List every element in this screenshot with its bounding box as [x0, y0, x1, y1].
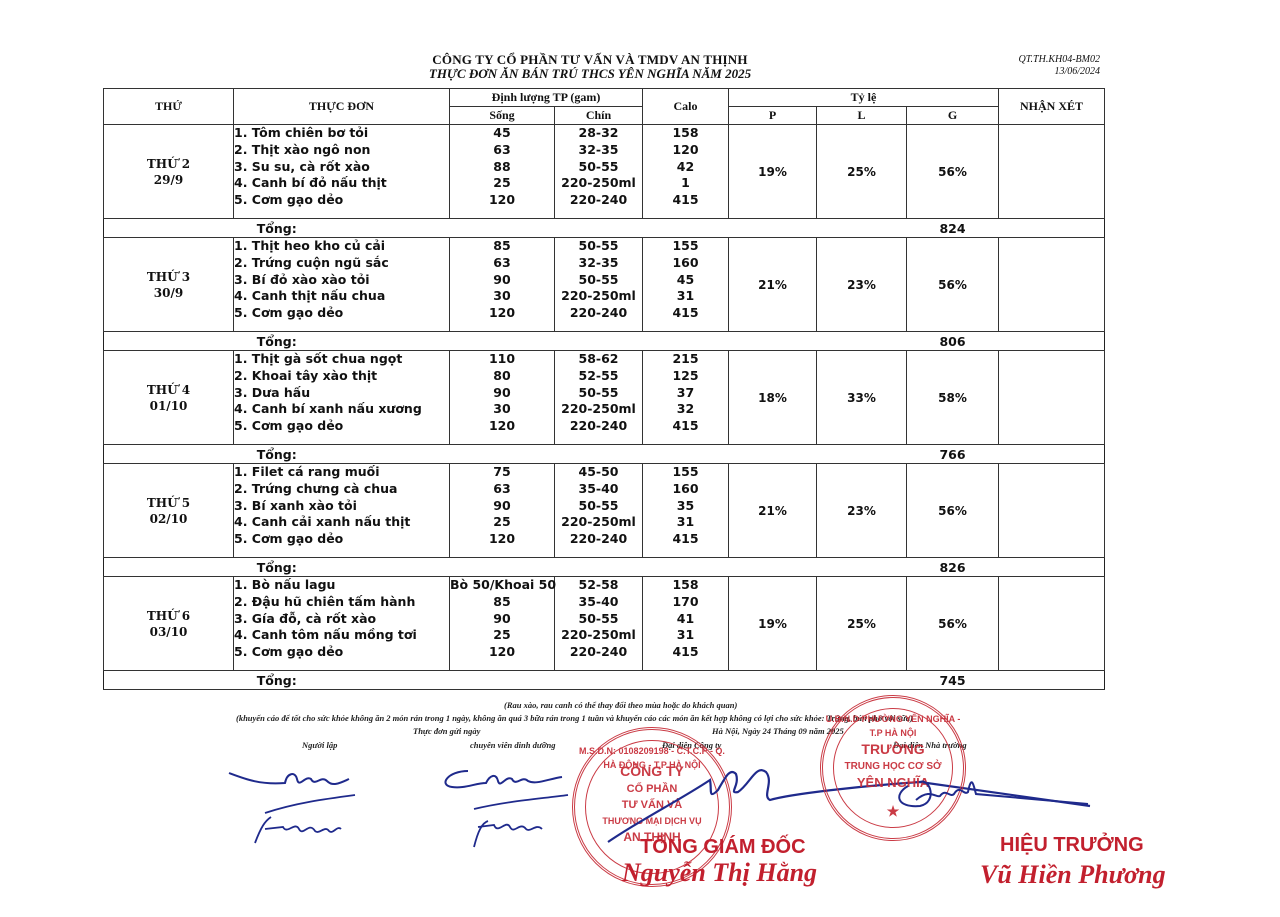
ratio-l-cell: 23%: [817, 238, 907, 332]
dishes-item: 2. Đậu hũ chiên tấm hành: [234, 594, 449, 611]
raw-item: 63: [450, 255, 554, 272]
day-name: THỨ 2: [104, 156, 233, 172]
header-quantity: Định lượng TP (gam): [450, 89, 643, 107]
preparer-label: Người lập: [302, 740, 337, 750]
document-title: THỰC ĐƠN ĂN BÁN TRÚ THCS YÊN NGHĨA NĂM 2…: [0, 66, 1140, 82]
raw-item: 63: [450, 481, 554, 498]
ratio-g-cell: 56%: [907, 125, 999, 219]
calo-item: 41: [643, 611, 728, 628]
calo-cell: 1551603531415: [643, 464, 729, 558]
calo-item: 155: [643, 238, 728, 255]
cooked-cell: 52-5835-4050-55220-250ml220-240: [555, 577, 643, 671]
calo-item: 35: [643, 498, 728, 515]
day-cell: THỨ 401/10: [104, 351, 234, 445]
total-row: Tổng:806: [104, 332, 1105, 351]
raw-item: 90: [450, 611, 554, 628]
raw-cell: 45638825120: [450, 125, 555, 219]
comment-cell: [999, 577, 1105, 671]
total-spacer: [999, 671, 1105, 690]
school-stamp-ring-text: U.B.N.D PHƯỜNG YÊN NGHĨA - T.P HÀ NỘI: [823, 712, 963, 740]
cooked-cell: 50-5532-3550-55220-250ml220-240: [555, 238, 643, 332]
total-spacer: [450, 445, 907, 464]
calo-item: 42: [643, 159, 728, 176]
day-date: 30/9: [104, 285, 233, 301]
calo-item: 415: [643, 192, 728, 209]
dishes-item: 3. Bí xanh xào tỏi: [234, 498, 449, 515]
total-label: Tổng:: [104, 219, 450, 238]
calo-item: 31: [643, 288, 728, 305]
header-calo: Calo: [643, 89, 729, 125]
total-spacer: [450, 332, 907, 351]
document-code-date: 13/06/2024: [1010, 66, 1100, 78]
dishes-item: 4. Canh bí xanh nấu xương: [234, 401, 449, 418]
menu-table-body: THỨ 229/91. Tôm chiên bơ tỏi2. Thịt xào …: [104, 125, 1105, 690]
cooked-item: 220-240: [555, 305, 642, 322]
ratio-p-cell: 21%: [729, 238, 817, 332]
day-name: THỨ 6: [104, 608, 233, 624]
ratio-p-cell: 19%: [729, 577, 817, 671]
dishes-item: 1. Thịt gà sốt chua ngọt: [234, 351, 449, 368]
note-seasonal: (Rau xào, rau canh có thể thay đổi theo …: [504, 700, 737, 710]
header-ratio: Tỷ lệ: [729, 89, 999, 107]
dishes-cell: 1. Thịt heo kho củ cải2. Trứng cuộn ngũ …: [234, 238, 450, 332]
total-spacer: [999, 332, 1105, 351]
dishes-item: 1. Filet cá rang muối: [234, 464, 449, 481]
dishes-item: 4. Canh thịt nấu chua: [234, 288, 449, 305]
cooked-item: 50-55: [555, 159, 642, 176]
day-date: 29/9: [104, 172, 233, 188]
raw-item: 45: [450, 125, 554, 142]
raw-item: 80: [450, 368, 554, 385]
dishes-item: 4. Canh cải xanh nấu thịt: [234, 514, 449, 531]
cooked-item: 58-62: [555, 351, 642, 368]
cooked-item: 50-55: [555, 272, 642, 289]
total-row: Tổng:745: [104, 671, 1105, 690]
header-raw: Sống: [450, 107, 555, 125]
dishes-item: 2. Trứng chưng cà chua: [234, 481, 449, 498]
day-date: 02/10: [104, 511, 233, 527]
calo-item: 170: [643, 594, 728, 611]
cooked-item: 220-240: [555, 192, 642, 209]
dishes-item: 5. Cơm gạo dẻo: [234, 644, 449, 661]
dishes-cell: 1. Filet cá rang muối2. Trứng chưng cà c…: [234, 464, 450, 558]
raw-item: 30: [450, 401, 554, 418]
dishes-cell: 1. Tôm chiên bơ tỏi2. Thịt xào ngô non3.…: [234, 125, 450, 219]
day-date: 01/10: [104, 398, 233, 414]
day-cell: THỨ 229/9: [104, 125, 234, 219]
raw-item: 110: [450, 351, 554, 368]
cooked-item: 50-55: [555, 611, 642, 628]
principal-title: HIỆU TRƯỞNG: [1000, 834, 1144, 857]
calo-item: 1: [643, 175, 728, 192]
total-value: 766: [907, 445, 999, 464]
calo-item: 31: [643, 627, 728, 644]
day-cell: THỨ 603/10: [104, 577, 234, 671]
cooked-item: 220-250ml: [555, 627, 642, 644]
school-stamp-line: TRƯỜNG: [823, 742, 963, 756]
raw-item: 88: [450, 159, 554, 176]
header-p: P: [729, 107, 817, 125]
total-spacer: [450, 219, 907, 238]
cooked-item: 32-35: [555, 255, 642, 272]
total-label: Tổng:: [104, 445, 450, 464]
document-code-block: QT.TH.KH04-BM02 13/06/2024: [1010, 54, 1100, 78]
raw-item: 90: [450, 272, 554, 289]
raw-cell: 75639025120: [450, 464, 555, 558]
raw-cell: Bò 50/Khoai 50859025120: [450, 577, 555, 671]
dishes-item: 5. Cơm gạo dẻo: [234, 305, 449, 322]
cooked-cell: 45-5035-4050-55220-250ml220-240: [555, 464, 643, 558]
day-row: THỨ 229/91. Tôm chiên bơ tỏi2. Thịt xào …: [104, 125, 1105, 219]
ratio-p-cell: 19%: [729, 125, 817, 219]
total-label: Tổng:: [104, 558, 450, 577]
calo-item: 31: [643, 514, 728, 531]
header-l: L: [817, 107, 907, 125]
total-row: Tổng:826: [104, 558, 1105, 577]
dishes-item: 4. Canh tôm nấu mồng tơi: [234, 627, 449, 644]
cooked-item: 50-55: [555, 498, 642, 515]
raw-item: 63: [450, 142, 554, 159]
dishes-item: 2. Thịt xào ngô non: [234, 142, 449, 159]
total-value: 745: [907, 671, 999, 690]
raw-item: 120: [450, 644, 554, 661]
raw-item: 120: [450, 192, 554, 209]
cooked-item: 220-250ml: [555, 175, 642, 192]
raw-item: 30: [450, 288, 554, 305]
ratio-g-cell: 56%: [907, 577, 999, 671]
total-label: Tổng:: [104, 671, 450, 690]
cooked-item: 45-50: [555, 464, 642, 481]
total-spacer: [450, 558, 907, 577]
ratio-g-cell: 56%: [907, 464, 999, 558]
dishes-item: 3. Bí đỏ xào xào tỏi: [234, 272, 449, 289]
total-value: 826: [907, 558, 999, 577]
dishes-item: 3. Su su, cà rốt xào: [234, 159, 449, 176]
total-row: Tổng:766: [104, 445, 1105, 464]
calo-item: 155: [643, 464, 728, 481]
cooked-item: 52-55: [555, 368, 642, 385]
cooked-item: 50-55: [555, 238, 642, 255]
comment-cell: [999, 351, 1105, 445]
calo-cell: 158120421415: [643, 125, 729, 219]
day-row: THỨ 502/101. Filet cá rang muối2. Trứng …: [104, 464, 1105, 558]
comment-cell: [999, 125, 1105, 219]
raw-cell: 85639030120: [450, 238, 555, 332]
day-cell: THỨ 330/9: [104, 238, 234, 332]
total-row: Tổng:824: [104, 219, 1105, 238]
day-name: THỨ 4: [104, 382, 233, 398]
cooked-item: 220-250ml: [555, 514, 642, 531]
cooked-item: 220-240: [555, 531, 642, 548]
preparer-signature: [225, 765, 365, 850]
calo-item: 37: [643, 385, 728, 402]
ratio-p-cell: 21%: [729, 464, 817, 558]
ratio-p-cell: 18%: [729, 351, 817, 445]
comment-cell: [999, 464, 1105, 558]
dishes-item: 2. Trứng cuộn ngũ sắc: [234, 255, 449, 272]
raw-item: 90: [450, 385, 554, 402]
director-title: TỔNG GIÁM ĐỐC: [640, 836, 806, 859]
dishes-item: 5. Cơm gạo dẻo: [234, 531, 449, 548]
raw-item: 75: [450, 464, 554, 481]
calo-item: 415: [643, 418, 728, 435]
dishes-item: 1. Bò nấu lagu: [234, 577, 449, 594]
dishes-item: 1. Tôm chiên bơ tỏi: [234, 125, 449, 142]
sent-date-label: Thực đơn gửi ngày: [413, 726, 480, 736]
dishes-item: 5. Cơm gạo dẻo: [234, 418, 449, 435]
calo-item: 120: [643, 142, 728, 159]
header-cooked: Chín: [555, 107, 643, 125]
nutritionist-label: chuyên viên dinh dưỡng: [470, 740, 555, 750]
calo-item: 160: [643, 255, 728, 272]
calo-cell: 2151253732415: [643, 351, 729, 445]
cooked-item: 220-240: [555, 418, 642, 435]
day-cell: THỨ 502/10: [104, 464, 234, 558]
note-health-advice: (khuyến cáo để tốt cho sức khỏe không ăn…: [236, 713, 913, 723]
dishes-item: 1. Thịt heo kho củ cải: [234, 238, 449, 255]
calo-item: 158: [643, 125, 728, 142]
cooked-item: 35-40: [555, 481, 642, 498]
dishes-item: 4. Canh bí đỏ nấu thịt: [234, 175, 449, 192]
principal-signature: [890, 768, 1090, 818]
raw-item: 85: [450, 238, 554, 255]
raw-item: 120: [450, 418, 554, 435]
director-name: Nguyễn Thị Hằng: [622, 858, 817, 888]
document-code: QT.TH.KH04-BM02: [1010, 54, 1100, 66]
total-spacer: [999, 445, 1105, 464]
cooked-cell: 58-6252-5550-55220-250ml220-240: [555, 351, 643, 445]
calo-cell: 1551604531415: [643, 238, 729, 332]
calo-item: 32: [643, 401, 728, 418]
total-spacer: [450, 671, 907, 690]
cooked-item: 220-240: [555, 644, 642, 661]
dishes-item: 2. Khoai tây xào thịt: [234, 368, 449, 385]
day-row: THỨ 603/101. Bò nấu lagu2. Đậu hũ chiên …: [104, 577, 1105, 671]
total-label: Tổng:: [104, 332, 450, 351]
dishes-item: 5. Cơm gạo dẻo: [234, 192, 449, 209]
header-menu: THỰC ĐƠN: [234, 89, 450, 125]
cooked-item: 220-250ml: [555, 401, 642, 418]
raw-item: Bò 50/Khoai 50: [450, 577, 554, 594]
raw-item: 120: [450, 531, 554, 548]
calo-cell: 1581704131415: [643, 577, 729, 671]
day-row: THỨ 330/91. Thịt heo kho củ cải2. Trứng …: [104, 238, 1105, 332]
ratio-l-cell: 25%: [817, 577, 907, 671]
day-row: THỨ 401/101. Thịt gà sốt chua ngọt2. Kho…: [104, 351, 1105, 445]
calo-item: 215: [643, 351, 728, 368]
nutritionist-signature: [438, 765, 578, 850]
cooked-item: 35-40: [555, 594, 642, 611]
ratio-l-cell: 33%: [817, 351, 907, 445]
dishes-cell: 1. Bò nấu lagu2. Đậu hũ chiên tấm hành3.…: [234, 577, 450, 671]
calo-item: 160: [643, 481, 728, 498]
total-value: 824: [907, 219, 999, 238]
total-value: 806: [907, 332, 999, 351]
calo-item: 125: [643, 368, 728, 385]
calo-item: 415: [643, 305, 728, 322]
raw-item: 85: [450, 594, 554, 611]
dishes-item: 3. Gía đỗ, cà rốt xào: [234, 611, 449, 628]
total-spacer: [999, 558, 1105, 577]
raw-item: 25: [450, 514, 554, 531]
cooked-item: 32-35: [555, 142, 642, 159]
total-spacer: [999, 219, 1105, 238]
day-name: THỨ 3: [104, 269, 233, 285]
day-name: THỨ 5: [104, 495, 233, 511]
comment-cell: [999, 238, 1105, 332]
calo-item: 415: [643, 531, 728, 548]
raw-item: 25: [450, 175, 554, 192]
header-day: THỨ: [104, 89, 234, 125]
raw-item: 120: [450, 305, 554, 322]
raw-cell: 110809030120: [450, 351, 555, 445]
day-date: 03/10: [104, 624, 233, 640]
calo-item: 415: [643, 644, 728, 661]
raw-item: 25: [450, 627, 554, 644]
cooked-item: 220-250ml: [555, 288, 642, 305]
cooked-item: 50-55: [555, 385, 642, 402]
cooked-item: 52-58: [555, 577, 642, 594]
header-g: G: [907, 107, 999, 125]
menu-table: THỨ THỰC ĐƠN Định lượng TP (gam) Calo Tỷ…: [103, 88, 1105, 690]
cooked-item: 28-32: [555, 125, 642, 142]
ratio-g-cell: 56%: [907, 238, 999, 332]
ratio-l-cell: 25%: [817, 125, 907, 219]
ratio-g-cell: 58%: [907, 351, 999, 445]
dishes-item: 3. Dưa hấu: [234, 385, 449, 402]
cooked-cell: 28-3232-3550-55220-250ml220-240: [555, 125, 643, 219]
dishes-cell: 1. Thịt gà sốt chua ngọt2. Khoai tây xào…: [234, 351, 450, 445]
ratio-l-cell: 23%: [817, 464, 907, 558]
principal-name: Vũ Hiền Phương: [980, 860, 1166, 890]
calo-item: 158: [643, 577, 728, 594]
calo-item: 45: [643, 272, 728, 289]
header-comment: NHẬN XÉT: [999, 89, 1105, 125]
raw-item: 90: [450, 498, 554, 515]
